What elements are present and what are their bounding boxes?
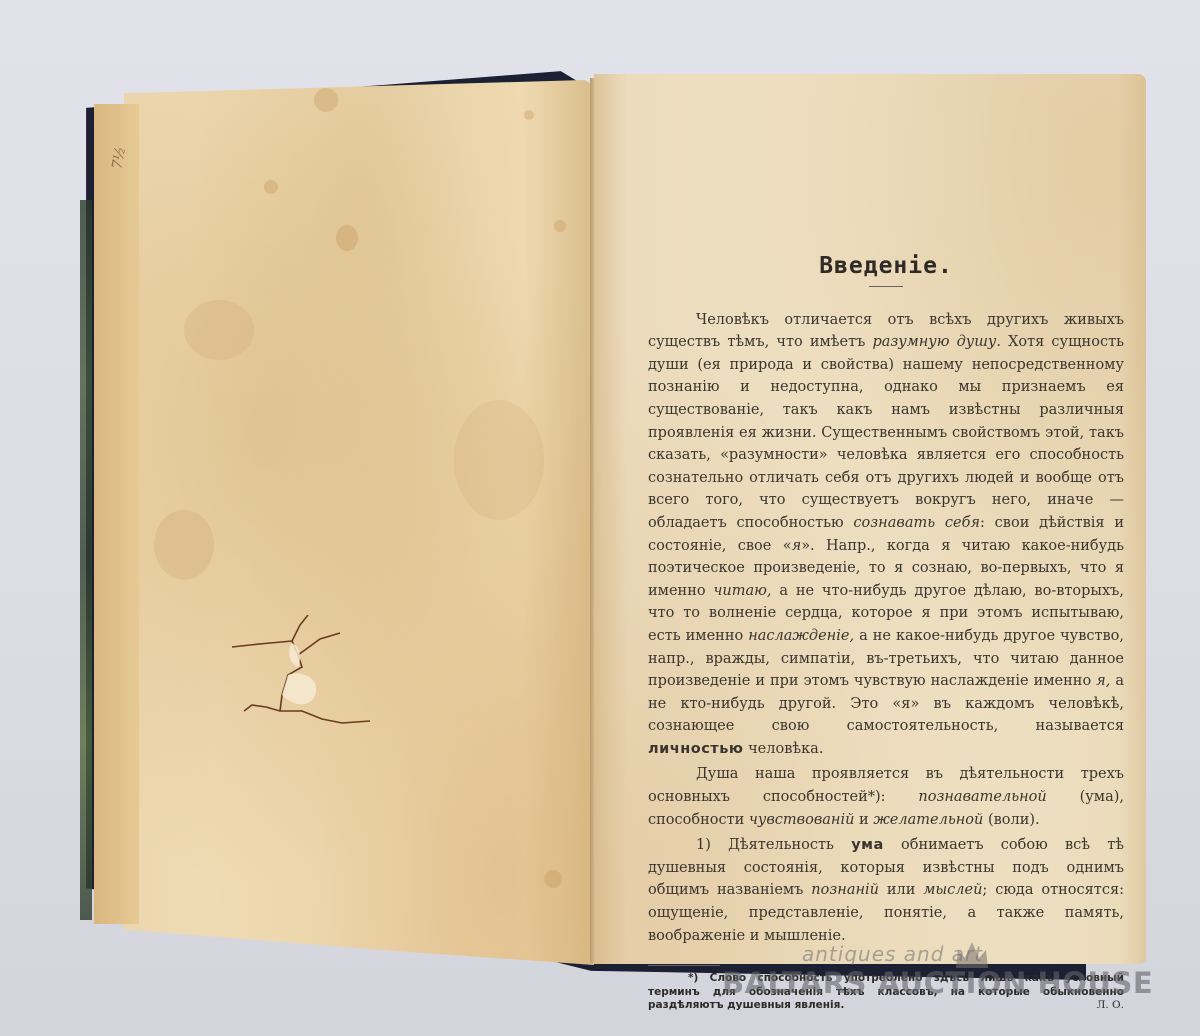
book-photo: 7½ Введеніе. Человѣкъ отличается отъ всѣ…	[0, 0, 1200, 1036]
foxing-stain	[336, 225, 358, 251]
page-text: Введеніе. Человѣкъ отличается отъ всѣхъ …	[648, 255, 1124, 1013]
watermark-tagline: antiques and art	[802, 942, 983, 966]
emphasis-text: желательной	[873, 812, 983, 828]
foxing-stain	[544, 870, 562, 888]
foxing-stain	[454, 400, 544, 520]
bold-term: ума	[851, 837, 884, 853]
watermark: antiques and art BALTARS AUCTION HOUSE	[722, 940, 1122, 1010]
left-page	[124, 80, 594, 965]
emphasis-text: я,	[1096, 673, 1110, 689]
foxing-stain	[314, 88, 338, 112]
emphasis-text: мыслей	[923, 882, 982, 898]
emphasis-text: чувствованій	[749, 812, 855, 828]
paragraph: Душа наша проявляется въ дѣятельности тр…	[648, 763, 1124, 831]
emphasis-text: познаній	[811, 882, 879, 898]
chapter-title: Введеніе.	[648, 255, 1124, 278]
text-run: Хотя сущность души (ея природа и свойств…	[648, 334, 1124, 531]
emphasis-text: сознавать себя	[853, 515, 980, 531]
emphasis-text: наслажденіе,	[748, 628, 854, 644]
emphasis-text: я	[792, 538, 802, 554]
foxing-stain	[524, 110, 534, 120]
foxing-stain	[264, 180, 278, 194]
text-run: человѣка.	[743, 741, 823, 757]
paragraph: Человѣкъ отличается отъ всѣхъ другихъ жи…	[648, 309, 1124, 761]
endpaper-flap	[94, 104, 139, 924]
text-run: 1) Дѣятельность	[696, 837, 851, 853]
text-run: или	[879, 882, 923, 898]
foxing-stain	[154, 510, 214, 580]
paragraph: 1) Дѣятельность ума обнимаетъ собою всѣ …	[648, 834, 1124, 947]
emphasis-text: читаю,	[713, 583, 771, 599]
footnote-rule	[648, 965, 720, 966]
torn-paper-patch	[230, 615, 380, 725]
title-rule	[869, 286, 903, 287]
text-run: (воли).	[983, 812, 1039, 828]
foxing-stain	[554, 220, 566, 232]
foxing-stain	[184, 300, 254, 360]
emphasis-text: познавательной	[918, 789, 1046, 805]
emphasis-text: разумную душу.	[872, 334, 1000, 350]
cover-marbled-edge	[80, 200, 92, 920]
bold-term: личностью	[648, 741, 743, 757]
text-run: и	[854, 812, 873, 828]
watermark-brand: BALTARS AUCTION HOUSE	[722, 966, 1153, 1000]
